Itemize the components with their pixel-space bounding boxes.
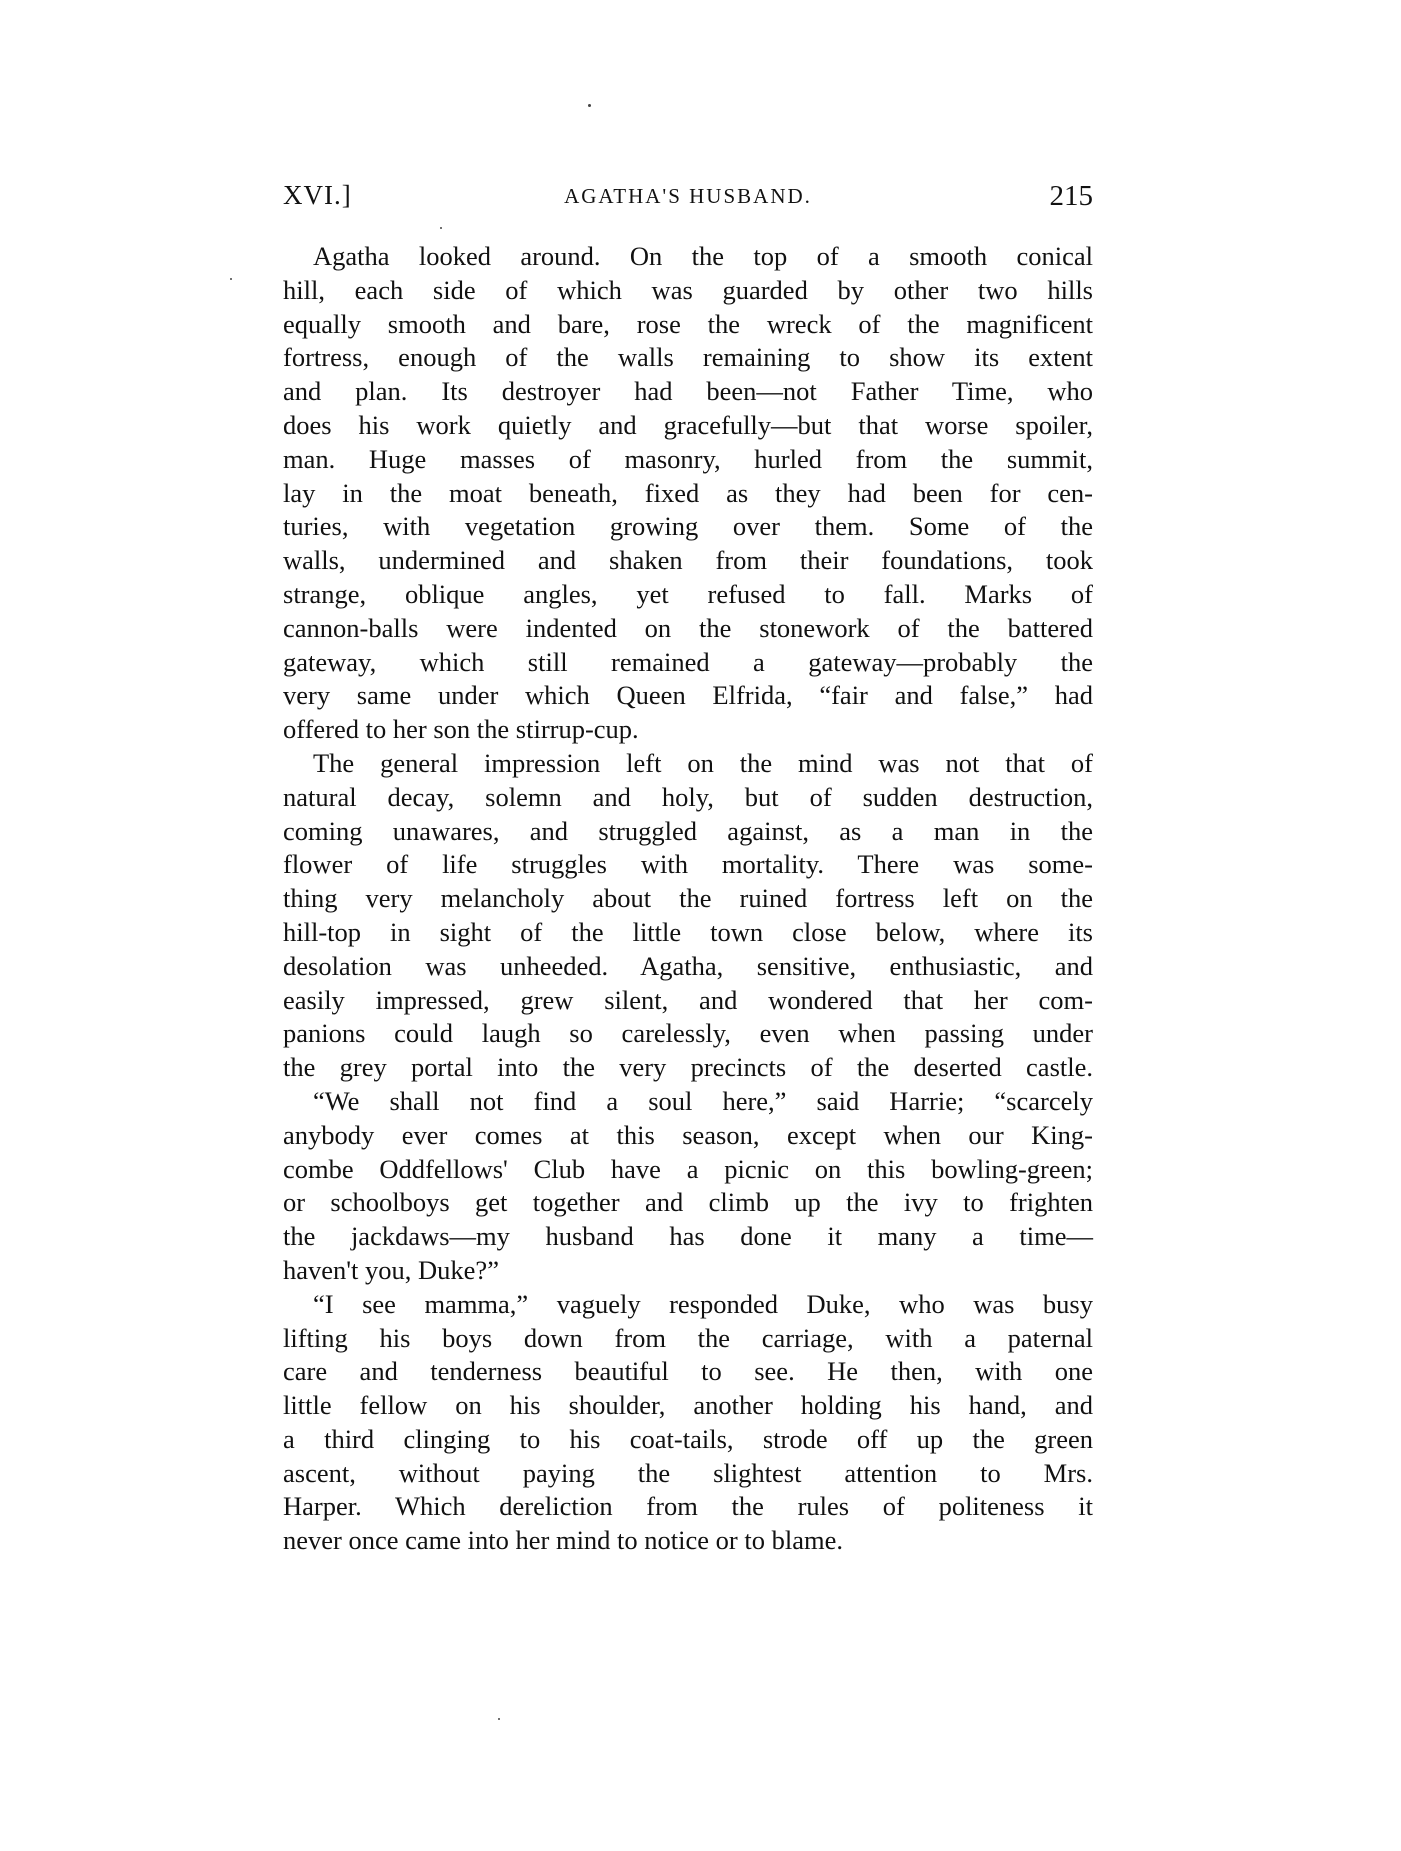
text-line: thing very melancholy about the ruined f… xyxy=(283,882,1093,916)
paragraph: The general impression left on the mind … xyxy=(283,747,1093,1085)
text-line: Harper. Which dereliction from the rules… xyxy=(283,1490,1093,1524)
body-text: Agatha looked around. On the top of a sm… xyxy=(283,240,1093,1558)
text-line: flower of life struggles with mortality.… xyxy=(283,848,1093,882)
text-line: combe Oddfellows' Club have a picnic on … xyxy=(283,1153,1093,1187)
text-line: The general impression left on the mind … xyxy=(283,747,1093,781)
text-line: very same under which Queen Elfrida, “fa… xyxy=(283,679,1093,713)
text-line: panions could laugh so carelessly, even … xyxy=(283,1017,1093,1051)
text-line: the jackdaws—my husband has done it many… xyxy=(283,1220,1093,1254)
text-line: desolation was unheeded. Agatha, sensiti… xyxy=(283,950,1093,984)
text-line: haven't you, Duke?” xyxy=(283,1254,1093,1288)
text-line: walls, undermined and shaken from their … xyxy=(283,544,1093,578)
text-line: and plan. Its destroyer had been—not Fat… xyxy=(283,375,1093,409)
running-title: AGATHA'S HUSBAND. xyxy=(283,184,1093,209)
text-line: fortress, enough of the walls remaining … xyxy=(283,341,1093,375)
scan-speck xyxy=(230,278,232,280)
text-line: never once came into her mind to notice … xyxy=(283,1524,1093,1558)
scan-speck xyxy=(440,227,442,229)
text-line: hill-top in sight of the little town clo… xyxy=(283,916,1093,950)
text-line: turies, with vegetation growing over the… xyxy=(283,510,1093,544)
paragraph: “I see mamma,” vaguely responded Duke, w… xyxy=(283,1288,1093,1558)
text-line: strange, oblique angles, yet refused to … xyxy=(283,578,1093,612)
text-line: coming unawares, and struggled against, … xyxy=(283,815,1093,849)
text-line: or schoolboys get together and climb up … xyxy=(283,1186,1093,1220)
text-line: natural decay, solemn and holy, but of s… xyxy=(283,781,1093,815)
text-line: lifting his boys down from the carriage,… xyxy=(283,1322,1093,1356)
running-head: XVI.] AGATHA'S HUSBAND. 215 xyxy=(283,180,1093,220)
scan-speck xyxy=(588,104,591,107)
text-line: little fellow on his shoulder, another h… xyxy=(283,1389,1093,1423)
text-line: hill, each side of which was guarded by … xyxy=(283,274,1093,308)
paragraph: “We shall not find a soul here,” said Ha… xyxy=(283,1085,1093,1288)
paragraph: Agatha looked around. On the top of a sm… xyxy=(283,240,1093,747)
page-number: 215 xyxy=(1050,180,1094,213)
text-line: a third clinging to his coat-tails, stro… xyxy=(283,1423,1093,1457)
text-line: “We shall not find a soul here,” said Ha… xyxy=(283,1085,1093,1119)
text-line: cannon-balls were indented on the stonew… xyxy=(283,612,1093,646)
book-page: XVI.] AGATHA'S HUSBAND. 215 Agatha looke… xyxy=(0,0,1401,1851)
text-line: ascent, without paying the slightest att… xyxy=(283,1457,1093,1491)
text-line: care and tenderness beautiful to see. He… xyxy=(283,1355,1093,1389)
scan-speck xyxy=(498,1718,500,1720)
text-line: equally smooth and bare, rose the wreck … xyxy=(283,308,1093,342)
text-line: anybody ever comes at this season, excep… xyxy=(283,1119,1093,1153)
text-line: gateway, which still remained a gateway—… xyxy=(283,646,1093,680)
text-line: “I see mamma,” vaguely responded Duke, w… xyxy=(283,1288,1093,1322)
text-line: Agatha looked around. On the top of a sm… xyxy=(283,240,1093,274)
text-line: easily impressed, grew silent, and wonde… xyxy=(283,984,1093,1018)
text-line: offered to her son the stirrup-cup. xyxy=(283,713,1093,747)
text-line: the grey portal into the very precincts … xyxy=(283,1051,1093,1085)
text-line: lay in the moat beneath, fixed as they h… xyxy=(283,477,1093,511)
text-line: man. Huge masses of masonry, hurled from… xyxy=(283,443,1093,477)
text-line: does his work quietly and gracefully—but… xyxy=(283,409,1093,443)
